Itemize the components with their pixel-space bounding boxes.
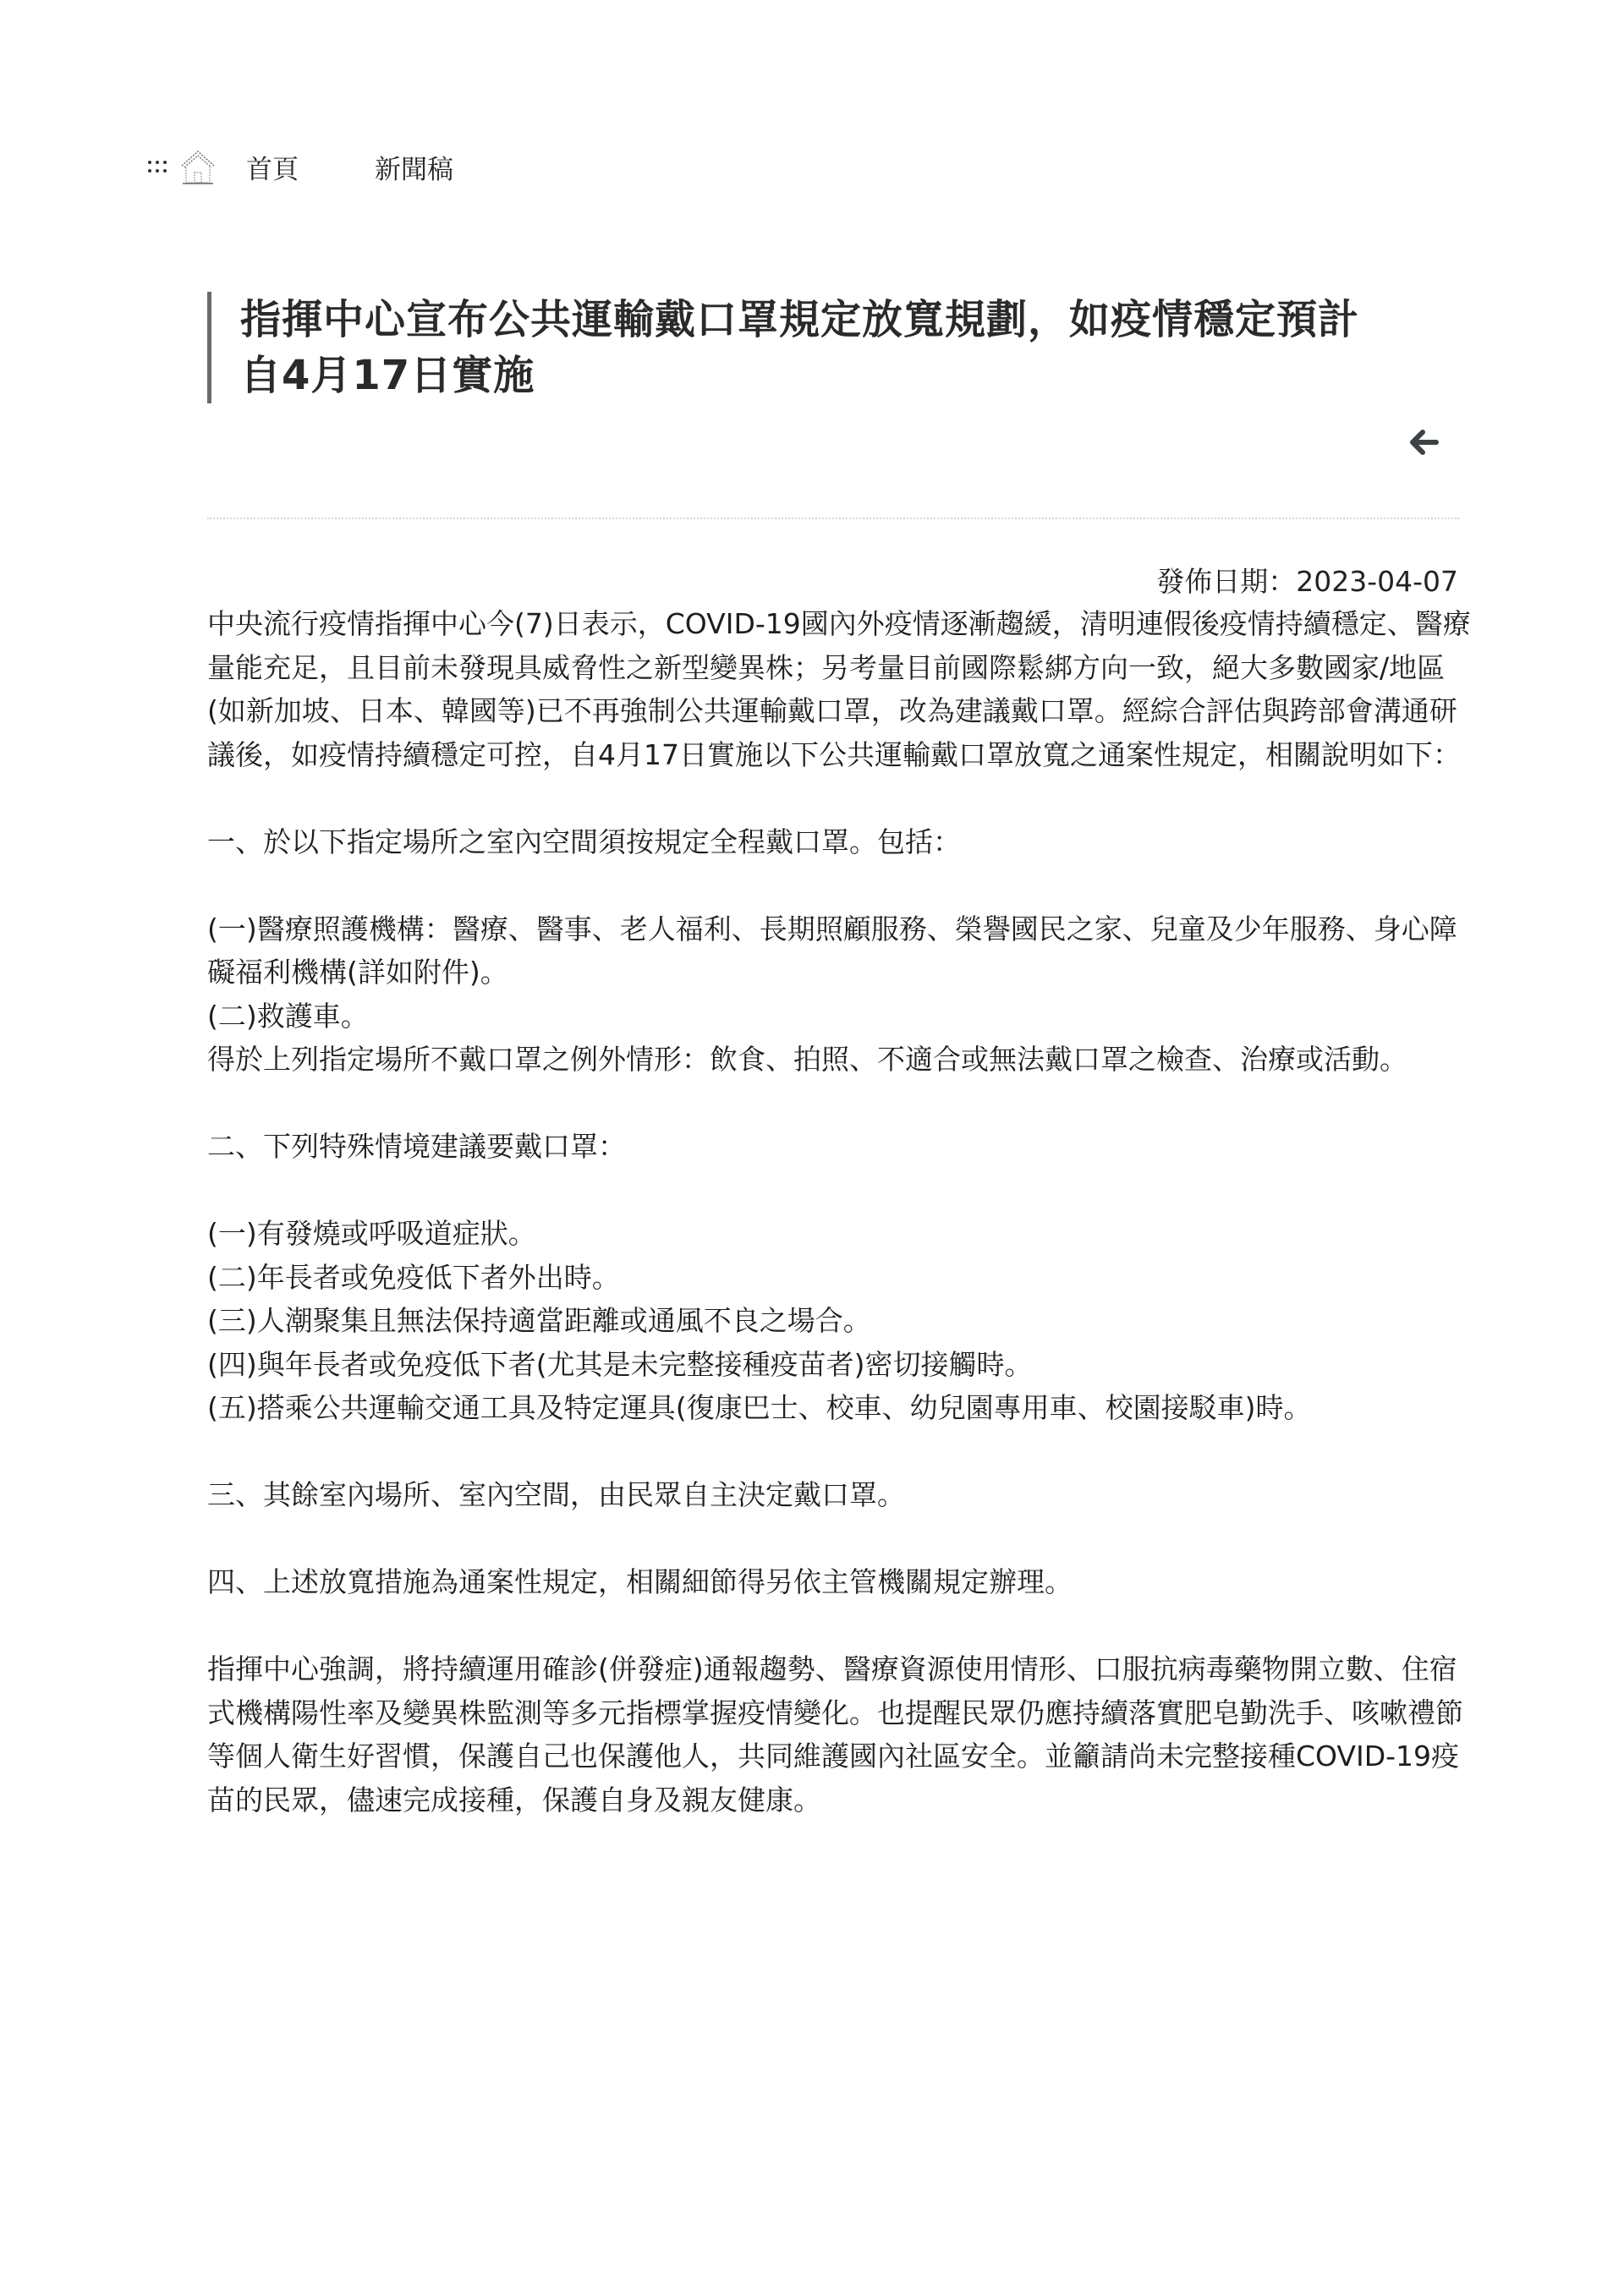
section-2-item-3: (三)人潮聚集且無法保持適當距離或通風不良之場合。 [207, 1299, 1476, 1343]
section-1-exception-note: 得於上列指定場所不戴口罩之例外情形：飲食、拍照、不適合或無法戴口罩之檢查、治療或… [207, 1038, 1476, 1082]
section-2-item-2: (二)年長者或免疫低下者外出時。 [207, 1256, 1476, 1300]
closing-paragraph: 指揮中心強調，將持續運用確診(併發症)通報趨勢、醫療資源使用情形、口服抗病毒藥物… [207, 1647, 1476, 1822]
section-1-item-2: (二)救護車。 [207, 995, 1476, 1038]
article-title-line-2: 自4月17日實施 [240, 352, 535, 399]
menu-dots-icon [148, 157, 173, 176]
section-1-item-1: (一)醫療照護機構：醫療、醫事、老人福利、長期照顧服務、榮譽國民之家、兒童及少年… [207, 907, 1476, 995]
article-title-line-1: 指揮中心宣布公共運輸戴口罩規定放寬規劃，如疫情穩定預計 [240, 296, 1359, 343]
divider [207, 518, 1459, 519]
section-1-heading: 一、於以下指定場所之室內空間須按規定全程戴口罩。包括： [207, 820, 1476, 864]
arrow-left-icon[interactable] [1407, 427, 1441, 458]
breadcrumb-current-page[interactable]: 新聞稿 [375, 148, 453, 186]
section-2-heading: 二、下列特殊情境建議要戴口罩： [207, 1125, 1476, 1169]
article-title-block: 指揮中心宣布公共運輸戴口罩規定放寬規劃，如疫情穩定預計 自4月17日實施 [207, 292, 1492, 403]
section-2-item-4: (四)與年長者或免疫低下者(尤其是未完整接種疫苗者)密切接觸時。 [207, 1343, 1476, 1387]
section-4-heading: 四、上述放寬措施為通案性規定，相關細節得另依主管機關規定辦理。 [207, 1560, 1476, 1604]
breadcrumb: 首頁 新聞稿 [148, 145, 453, 188]
article-body: 中央流行疫情指揮中心今(7)日表示，COVID-19國內外疫情逐漸趨緩，清明連假… [207, 602, 1476, 1822]
breadcrumb-home-link[interactable]: 首頁 [246, 148, 299, 186]
intro-paragraph: 中央流行疫情指揮中心今(7)日表示，COVID-19國內外疫情逐漸趨緩，清明連假… [207, 602, 1476, 776]
home-icon[interactable] [178, 147, 217, 186]
article-title: 指揮中心宣布公共運輸戴口罩規定放寬規劃，如疫情穩定預計 自4月17日實施 [240, 292, 1492, 403]
section-2-item-5: (五)搭乘公共運輸交通工具及特定運具(復康巴士、校車、幼兒園專用車、校園接駁車)… [207, 1386, 1476, 1430]
section-2-item-1: (一)有發燒或呼吸道症狀。 [207, 1212, 1476, 1256]
section-3-heading: 三、其餘室內場所、室內空間，由民眾自主決定戴口罩。 [207, 1473, 1476, 1517]
publish-date: 發佈日期：2023-04-07 [1156, 560, 1458, 600]
